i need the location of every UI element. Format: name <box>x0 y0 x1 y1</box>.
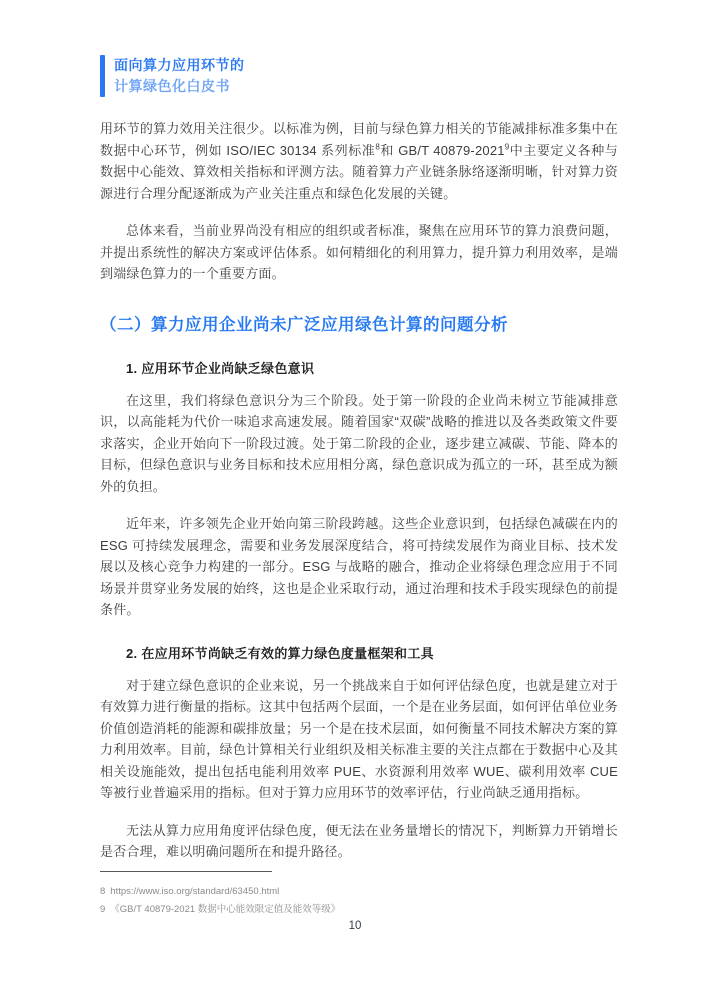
footnote-divider <box>100 871 272 872</box>
paragraph-5: 对于建立绿色意识的企业来说，另一个挑战来自于如何评估绿色度，也就是建立对于有效算… <box>100 675 618 804</box>
footnote-item-9: 9《GB/T 40879-2021 数据中心能效限定值及能效等级》 <box>100 901 618 919</box>
footnote-number-8: 8 <box>100 883 105 901</box>
page-number: 10 <box>0 920 710 932</box>
running-header: 面向算力应用环节的 计算绿色化白皮书 <box>100 55 618 97</box>
page-content: 面向算力应用环节的 计算绿色化白皮书 用环节的算力效用关注很少。以标准为例，目前… <box>100 55 618 879</box>
footnote-text-9: 《GB/T 40879-2021 数据中心能效限定值及能效等级》 <box>110 904 340 915</box>
section-heading: （二）算力应用企业尚未广泛应用绿色计算的问题分析 <box>100 311 618 335</box>
paragraph-2: 总体来看，当前业界尚没有相应的组织或者标准，聚焦在应用环节的算力浪费问题，并提出… <box>100 220 618 285</box>
header-accent-bar <box>100 55 105 97</box>
document-page: 面向算力应用环节的 计算绿色化白皮书 用环节的算力效用关注很少。以标准为例，目前… <box>0 0 710 1004</box>
footnote-item-8: 8https://www.iso.org/standard/63450.html <box>100 883 618 901</box>
paragraph-1: 用环节的算力效用关注很少。以标准为例，目前与绿色算力相关的节能减排标准多集中在数… <box>100 118 618 204</box>
doc-title-line-2: 计算绿色化白皮书 <box>114 76 245 97</box>
paragraph-1-text-b: 和 GB/T 40879-2021 <box>380 143 505 158</box>
footnote-section: 8https://www.iso.org/standard/63450.html… <box>100 871 618 918</box>
paragraph-4: 近年来，许多领先企业开始向第三阶段跨越。这些企业意识到，包括绿色减碳在内的 ES… <box>100 513 618 621</box>
footnote-number-9: 9 <box>100 901 105 919</box>
footnote-url-8[interactable]: https://www.iso.org/standard/63450.html <box>110 886 279 897</box>
paragraph-6: 无法从算力应用角度评估绿色度，便无法在业务量增长的情况下，判断算力开销增长是否合… <box>100 820 618 863</box>
doc-title-line-1: 面向算力应用环节的 <box>114 55 245 76</box>
subheading-1: 1. 应用环节企业尚缺乏绿色意识 <box>126 358 618 377</box>
subheading-2: 2. 在应用环节尚缺乏有效的算力绿色度量框架和工具 <box>126 643 618 662</box>
paragraph-3: 在这里，我们将绿色意识分为三个阶段。处于第一阶段的企业尚未树立节能减排意识，以高… <box>100 390 618 498</box>
doc-title: 面向算力应用环节的 计算绿色化白皮书 <box>114 55 245 97</box>
